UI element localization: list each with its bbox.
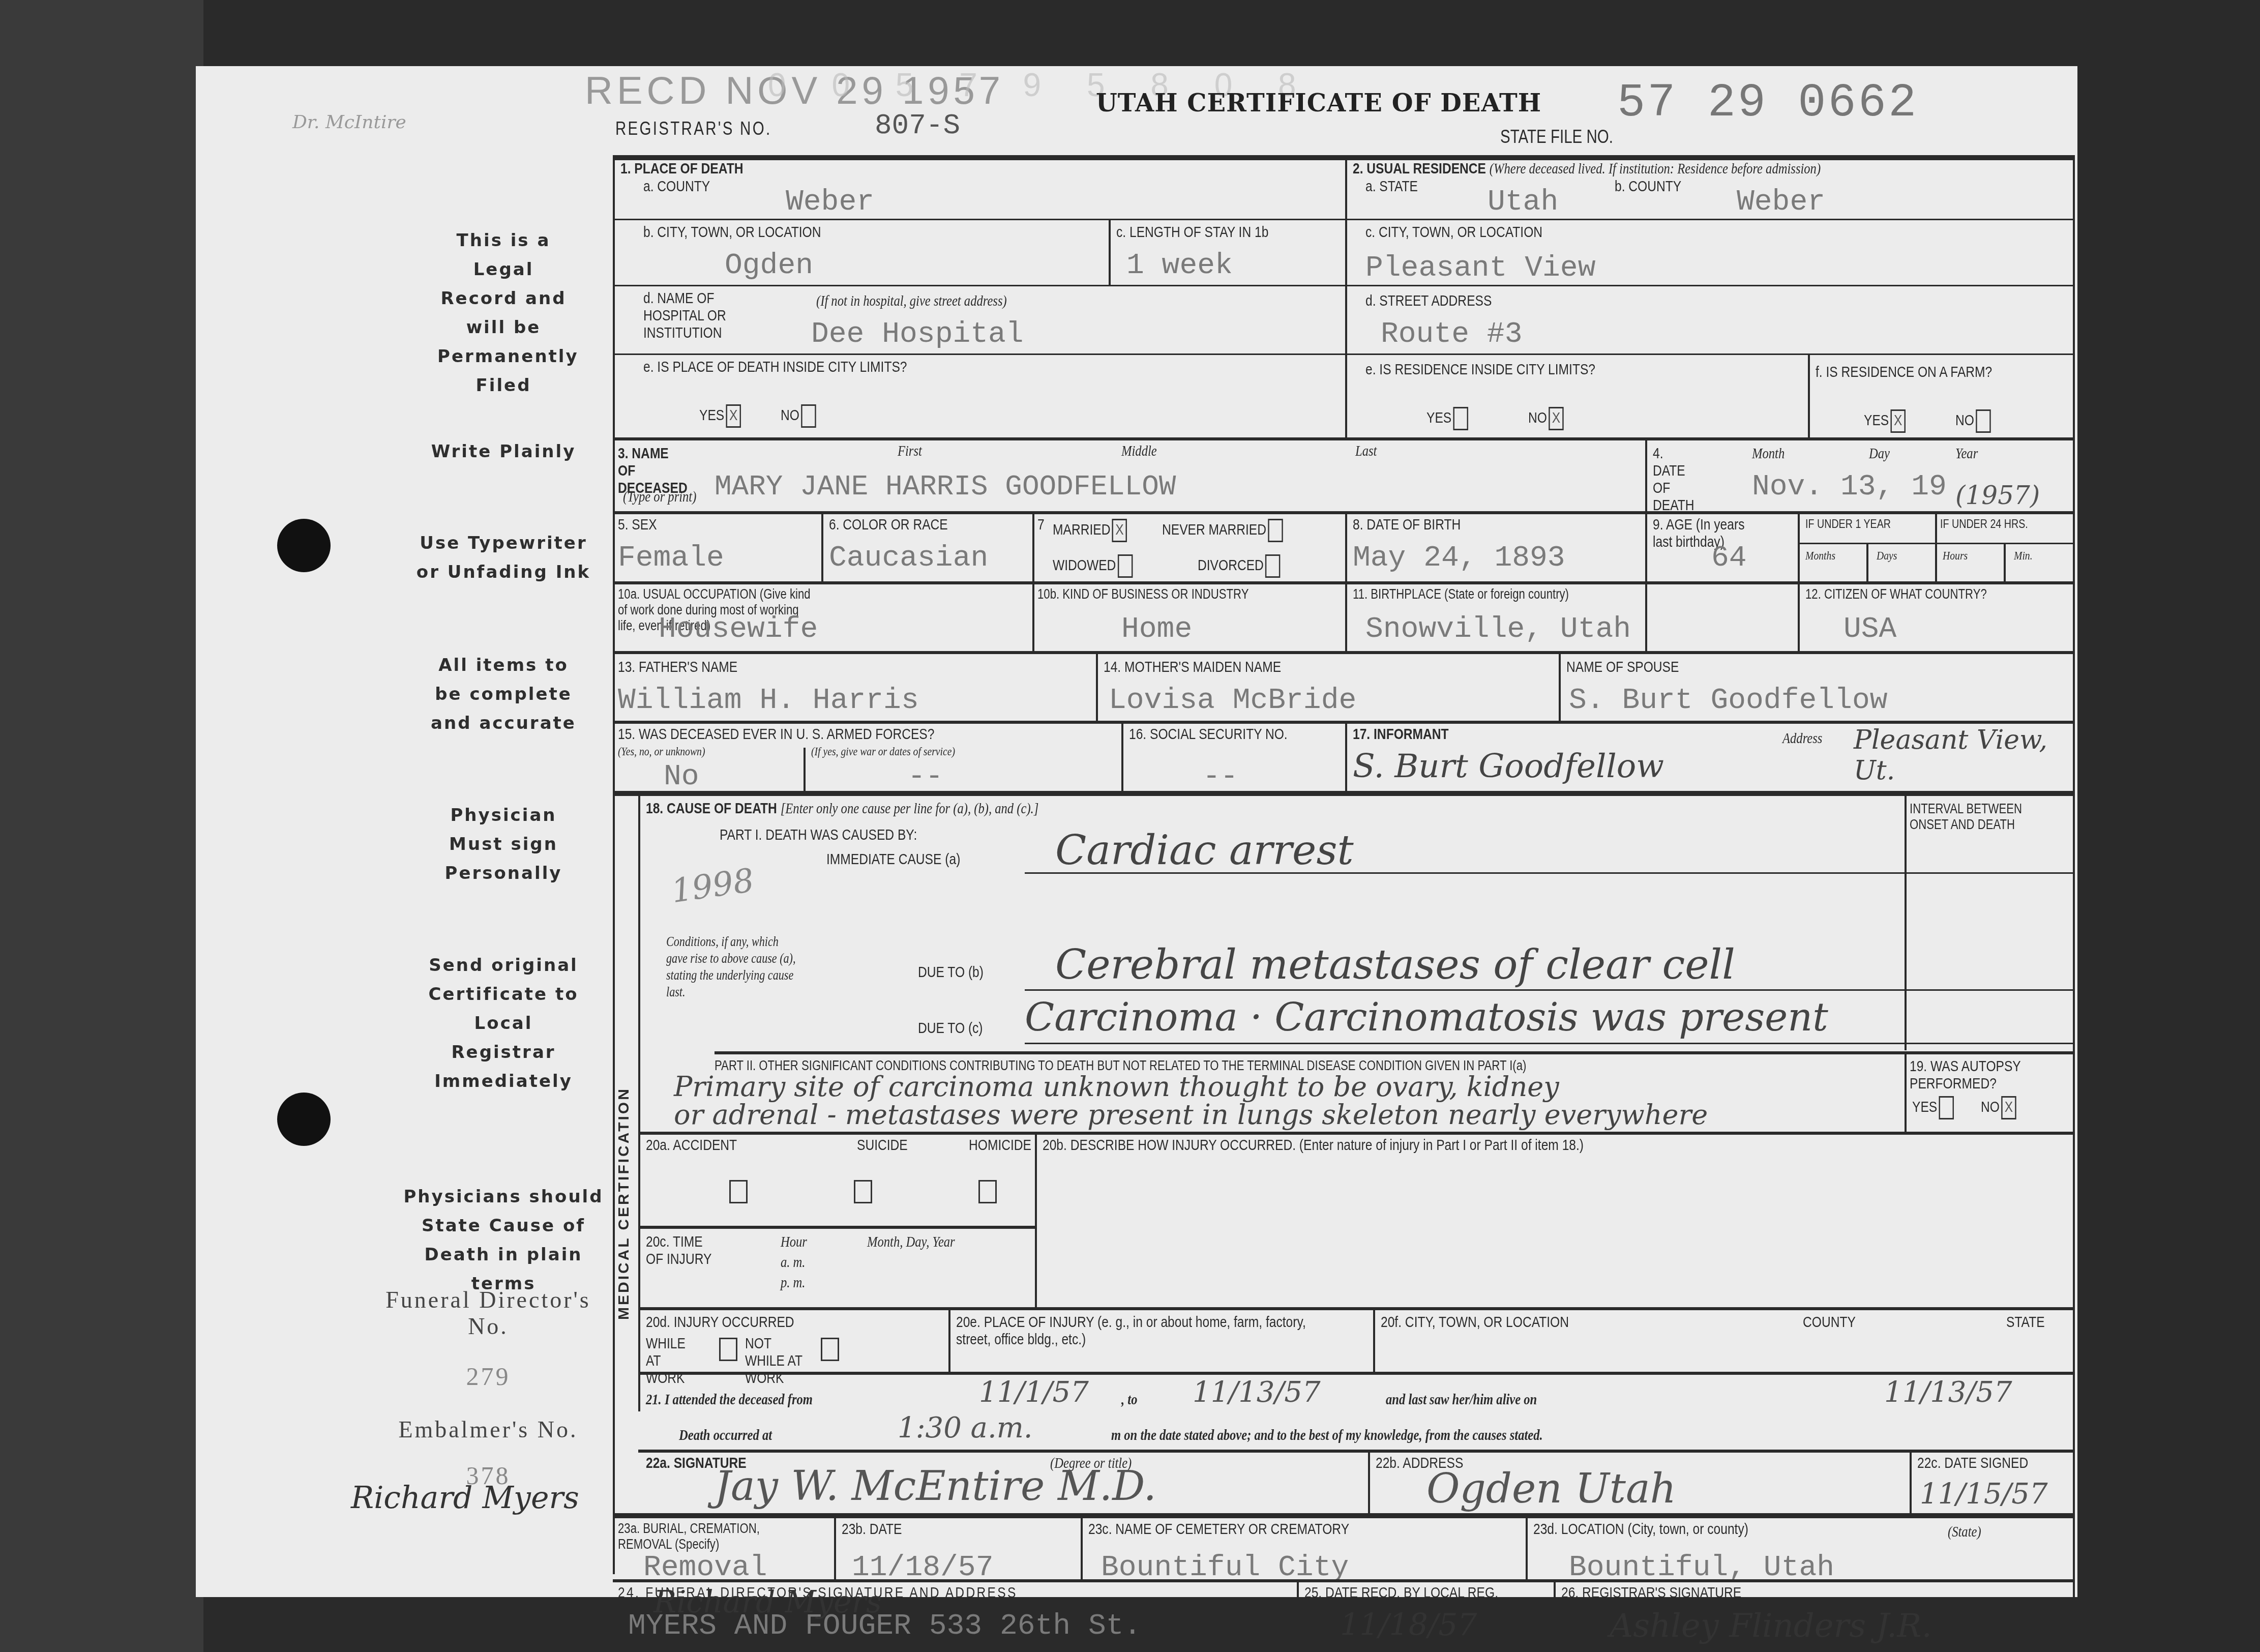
margin-handwritten-note: Dr. McIntire [292,112,406,133]
funeral-director-no: 279 [376,1363,600,1390]
form-rule [613,581,2075,584]
res-state-label: a. STATE [1365,178,1418,195]
form-rule [613,651,2075,654]
form-rule [613,437,2075,440]
location-label: 23d. LOCATION (City, town, or county) [1533,1521,1748,1538]
form-rule [1345,155,1347,440]
physician-address: Ogden Utah [1426,1465,1676,1512]
certificate-title: UTAH CERTIFICATE OF DEATH [1096,89,1541,117]
form-rule [1081,1516,1083,1582]
form-rule [638,1307,2075,1310]
form-rule [613,219,2075,220]
form-rule [1032,582,1034,654]
middle-label: Middle [1121,442,1157,460]
attended-prefix: 21. I attended the deceased from [646,1391,813,1408]
armed-service-value: -- [908,760,943,793]
place-of-injury-label: 20e. PLACE OF INJURY (e. g., in or about… [956,1314,1340,1348]
form-rule [1808,353,1810,440]
hospital-value: Dee Hospital [811,318,1024,351]
informant-address-label: Address [1782,730,1822,747]
citizen-value: USA [1843,613,1896,646]
form-rule [1025,1043,2075,1044]
immediate-cause-label: IMMEDIATE CAUSE (a) [826,851,960,868]
note-legal-record: This is a Legal Record and will be Perma… [437,226,570,400]
res-city-label: c. CITY, TOWN, OR LOCATION [1365,224,1542,241]
sex-label: 5. SEX [618,516,657,534]
res-county-value: Weber [1737,186,1825,219]
cemetery-label: 23c. NAME OF CEMETERY OR CREMATORY [1088,1521,1349,1538]
note-physicians-should: Physicians should State Cause of Death i… [392,1183,615,1299]
while-at-work[interactable]: WHILE AT WORK [646,1335,700,1387]
form-rule [1526,1516,1528,1582]
burial-date-label: 23b. DATE [842,1521,902,1538]
date-signed-label: 22c. DATE SIGNED [1917,1455,2028,1472]
farm-no[interactable]: NO [1955,409,1991,433]
registrar-no-label: REGISTRAR'S NO. [615,118,771,139]
year-correction: (1957) [1955,481,2040,510]
checkbox: X [726,404,741,428]
stay-label: c. LENGTH OF STAY IN 1b [1116,224,1268,241]
form-rule [1297,1579,1299,1648]
form-rule [638,796,640,1411]
sex-value: Female [618,542,724,575]
injury-county-label: COUNTY [1803,1314,1856,1331]
immediate-cause-value: Cardiac arrest [1055,827,1354,874]
res-inside-no[interactable]: NOX [1528,407,1564,430]
form-rule [613,353,2075,355]
part2-line2: or adrenal - metastases were present in … [674,1099,1708,1131]
homicide-label: HOMICIDE [969,1137,1031,1154]
form-rule [1032,511,1034,582]
form-rule [1645,440,1647,654]
ssn-label: 16. SOCIAL SECURITY NO. [1129,726,1288,743]
form-rule [638,1450,2075,1453]
note-write-plainly: Write Plainly [417,437,590,466]
suicide-checkbox[interactable] [854,1180,872,1203]
injury-city-label: 20f. CITY, TOWN, OR LOCATION [1381,1314,1569,1331]
informant-label: 17. INFORMANT [1353,726,1449,743]
day-label: Day [1869,445,1890,462]
mother-label: 14. MOTHER'S MAIDEN NAME [1104,659,1281,676]
pm-label: p. m. [781,1274,806,1291]
months-label: Months [1805,549,1835,563]
form-rule [613,1645,2075,1651]
mdy-label: Month, Day, Year [867,1233,955,1251]
form-rule [613,155,2075,160]
funeral-director-value: MYERS AND FOUGER 533 26th St. [628,1610,1141,1643]
conditions-hint: Conditions, if any, which gave rise to a… [666,933,799,1000]
checkbox [1118,554,1133,578]
due-c-value: Carcinoma · Carcinomatosis was present [1025,994,1828,1040]
checkbox [1265,554,1281,578]
death-at-label: Death occurred at [679,1427,772,1444]
birth-label: 8. DATE OF BIRTH [1353,516,1461,534]
race-value: Caucasian [829,542,988,575]
race-label: 6. COLOR OR RACE [829,516,948,534]
date-of-death-value: Nov. 13, 19 [1752,470,1947,504]
street-value: Route #3 [1381,318,1522,351]
registrar-signature: Ashley Flinders J.R. [1610,1607,1932,1645]
form-rule [638,1132,2075,1135]
am-label: a. m. [781,1254,806,1271]
part1-label: PART I. DEATH WAS CAUSED BY: [720,827,917,844]
informant-signature: S. Burt Goodfellow [1353,748,1664,785]
medical-certification-label: MEDICAL CERTIFICATION [615,1087,633,1320]
form-rule [613,285,2075,286]
form-rule [638,1372,2075,1375]
form-rule [1554,1579,1556,1648]
form-rule [1345,722,1347,793]
form-rule [715,1051,2075,1054]
res-county-label: b. COUNTY [1615,178,1681,195]
state-file-label: STATE FILE NO. [1500,126,1613,147]
form-rule [613,721,2075,724]
checkbox: X [1549,407,1564,430]
embalmer-signature: Richard Myers [351,1480,579,1516]
death-at-value: 1:30 a.m. [898,1411,1033,1444]
res-city-value: Pleasant View [1365,252,1595,285]
while-at-work-checkbox[interactable] [719,1338,737,1361]
stay-value: 1 week [1126,249,1233,282]
form-rule [1559,654,1561,722]
first-label: First [898,442,922,460]
burial-label: 23a. BURIAL, CREMATION, REMOVAL (Specify… [618,1521,785,1552]
widowed-option[interactable]: WIDOWED [1053,554,1133,578]
business-value: Home [1121,613,1192,646]
farm-yes[interactable]: YESX [1864,409,1906,433]
form-rule [1905,1053,1907,1134]
last-saw-label: and last saw her/him alive on [1386,1391,1537,1408]
father-label: 13. FATHER'S NAME [618,659,737,676]
form-rule [1345,582,1347,654]
state-file-no: 57 29 0662 [1617,76,1918,130]
not-while-at-work[interactable]: NOT WHILE AT WORK [745,1335,808,1387]
hospital-label: d. NAME OF HOSPITAL OR INSTITUTION [643,290,744,342]
form-rule [1035,1132,1037,1310]
deceased-name-value: MARY JANE HARRIS GOODFELLOW [715,470,1176,503]
marital-number: 7 [1037,516,1045,534]
days-label: Days [1877,549,1897,563]
margin-code: 1998 [669,862,757,910]
city-label: b. CITY, TOWN, OR LOCATION [643,224,821,241]
form-rule [1025,989,2075,991]
checkbox [1268,519,1283,542]
form-rule [638,1226,1035,1229]
armed-forces-value: No [664,760,699,793]
last-saw-value: 11/13/57 [1884,1376,2012,1409]
time-of-injury-label: 20c. TIME OF INJURY [646,1233,712,1268]
due-b-label: DUE TO (b) [918,964,984,981]
attended-from: 11/1/57 [979,1376,1089,1409]
form-rule [1905,796,1907,1050]
homicide-checkbox[interactable] [978,1180,997,1203]
suicide-label: SUICIDE [857,1137,908,1154]
inside-limits-label: e. IS PLACE OF DEATH INSIDE CITY LIMITS? [643,359,907,376]
form-rule [1368,1450,1370,1516]
note-all-items: All items to be complete and accurate [430,651,577,738]
recd-value: 11/18/57 [1340,1607,1477,1643]
form-rule [1121,722,1123,793]
interval-label: INTERVAL BETWEEN ONSET AND DEATH [1910,801,2039,833]
checkbox [1453,407,1469,430]
form-rule [2073,155,2075,1650]
place-inside-no[interactable]: NO [781,404,816,428]
funeral-director-label: Funeral Director's No. [376,1287,600,1340]
form-rule [1935,511,1937,582]
autopsy-label: 19. WAS AUTOPSY PERFORMED? [1910,1058,2039,1093]
note-use-typewriter: Use Typewriter or Unfading Ink [407,529,600,587]
attended-to: 11/13/57 [1193,1376,1321,1409]
citizen-label: 12. CITIZEN OF WHAT COUNTRY? [1805,586,1987,602]
checkbox: X [1112,519,1127,542]
certificate-form: 1. PLACE OF DEATH a. COUNTY Weber b. CIT… [613,155,2075,1579]
year-label: Year [1955,445,1978,462]
accident-checkbox[interactable] [729,1180,748,1203]
cause-of-death-label: 18. CAUSE OF DEATH [Enter only one cause… [646,800,1038,817]
under-24-label: IF UNDER 24 HRS. [1940,517,2028,532]
spouse-value: S. Burt Goodfellow [1569,684,1888,717]
business-label: 10b. KIND OF BUSINESS OR INDUSTRY [1037,586,1248,602]
age-value: 64 [1711,542,1747,575]
form-rule [2004,543,2006,582]
date-of-death-label: 4. DATE OF DEATH [1653,445,1694,514]
punch-hole [277,1093,331,1146]
last-label: Last [1355,442,1377,460]
place-city-value: Ogden [725,249,813,282]
registrar-signature-label: 26. REGISTRAR'S SIGNATURE [1561,1584,1741,1602]
place-of-death-label: 1. PLACE OF DEATH [620,160,743,178]
checkbox [1939,1096,1954,1119]
punch-hole [277,519,331,572]
state-label: (State) [1948,1523,1981,1541]
street-label: d. STREET ADDRESS [1365,292,1492,310]
armed-hint-b: (If yes, give war or dates of service) [811,745,955,759]
divorced-option[interactable]: DIVORCED [1198,554,1281,578]
res-state-value: Utah [1488,186,1558,219]
date-signed-value: 11/15/57 [1920,1478,2048,1511]
form-rule [821,511,823,582]
checkbox [801,404,816,428]
form-rule [1373,1307,1375,1373]
county-label: a. COUNTY [643,178,710,195]
form-rule [613,511,2075,514]
due-c-label: DUE TO (c) [918,1020,983,1037]
hour-label: Hour [781,1233,807,1251]
farm-label: f. IS RESIDENCE ON A FARM? [1816,364,1992,381]
part2-line1: Primary site of carcinoma unknown though… [674,1071,1559,1103]
attended-to-label: , to [1121,1391,1137,1408]
name-hint: (Type or print) [623,488,696,506]
form-rule [613,155,615,1574]
never-married-option[interactable]: NEVER MARRIED [1162,519,1283,542]
autopsy-no[interactable]: NOX [1981,1096,2016,1119]
form-rule [1109,219,1111,285]
death-at-suffix: m on the date stated above; and to the b… [1111,1427,1543,1444]
scan-background-left [0,0,203,1652]
injury-occurred-label: 20d. INJURY OCCURRED [646,1314,794,1331]
armed-forces-label: 15. WAS DECEASED EVER IN U. S. ARMED FOR… [618,726,934,743]
form-rule [948,1307,950,1373]
ssn-value: -- [1203,760,1238,793]
note-physician-sign: Physician Must sign Personally [437,801,570,888]
checkbox: X [2001,1096,2016,1119]
birth-value: May 24, 1893 [1353,542,1565,575]
hospital-hint: (If not in hospital, give street address… [816,292,1007,310]
res-inside-limits-label: e. IS RESIDENCE INSIDE CITY LIMITS? [1365,361,1595,378]
form-rule [1025,872,2075,874]
checkbox [1976,409,1991,433]
form-rule [1096,654,1098,722]
occupation-value: Housewife [659,613,818,646]
injury-state-label: STATE [2006,1314,2045,1331]
place-county-value: Weber [786,186,874,219]
embalmer-label: Embalmer's No. [376,1417,600,1443]
min-label: Min. [2014,549,2033,563]
accident-label: 20a. ACCIDENT [646,1137,737,1154]
not-while-at-work-checkbox[interactable] [821,1338,839,1361]
under-year-label: IF UNDER 1 YEAR [1805,517,1891,532]
registrar-no: 807-S [875,109,960,142]
form-rule [804,748,806,793]
married-option[interactable]: MARRIEDX [1053,519,1127,542]
birthplace-value: Snowville, Utah [1365,613,1631,646]
due-b-value: Cerebral metastases of clear cell [1055,941,1735,988]
informant-address: Pleasant View, Ut. [1854,725,2067,786]
res-inside-yes[interactable]: YES [1426,407,1468,430]
autopsy-yes[interactable]: YES [1912,1096,1954,1119]
hours-label: Hours [1943,549,1968,563]
form-rule [1910,1450,1912,1516]
month-label: Month [1752,445,1785,462]
place-inside-yes[interactable]: YESX [699,404,741,428]
form-rule [834,1516,836,1582]
describe-injury-label: 20b. DESCRIBE HOW INJURY OCCURRED. (Ente… [1043,1137,1584,1154]
note-send-original: Send original Certificate to Local Regis… [427,951,580,1096]
birthplace-label: 11. BIRTHPLACE (State or foreign country… [1353,586,1569,602]
form-rule [613,1579,2075,1582]
checkbox: X [1891,409,1906,433]
form-rule [613,791,2075,796]
form-rule [1866,543,1868,582]
armed-hint-a: (Yes, no, or unknown) [618,745,705,759]
form-rule [613,1513,2075,1518]
recd-label: 25. DATE RECD. BY LOCAL REG. [1304,1584,1498,1602]
father-value: William H. Harris [618,684,919,717]
mother-value: Lovisa McBride [1109,684,1356,717]
usual-residence-label: 2. USUAL RESIDENCE (Where deceased lived… [1353,160,1821,178]
spouse-label: NAME OF SPOUSE [1566,659,1679,676]
physician-signature: Jay W. McEntire M.D. [715,1462,1156,1510]
